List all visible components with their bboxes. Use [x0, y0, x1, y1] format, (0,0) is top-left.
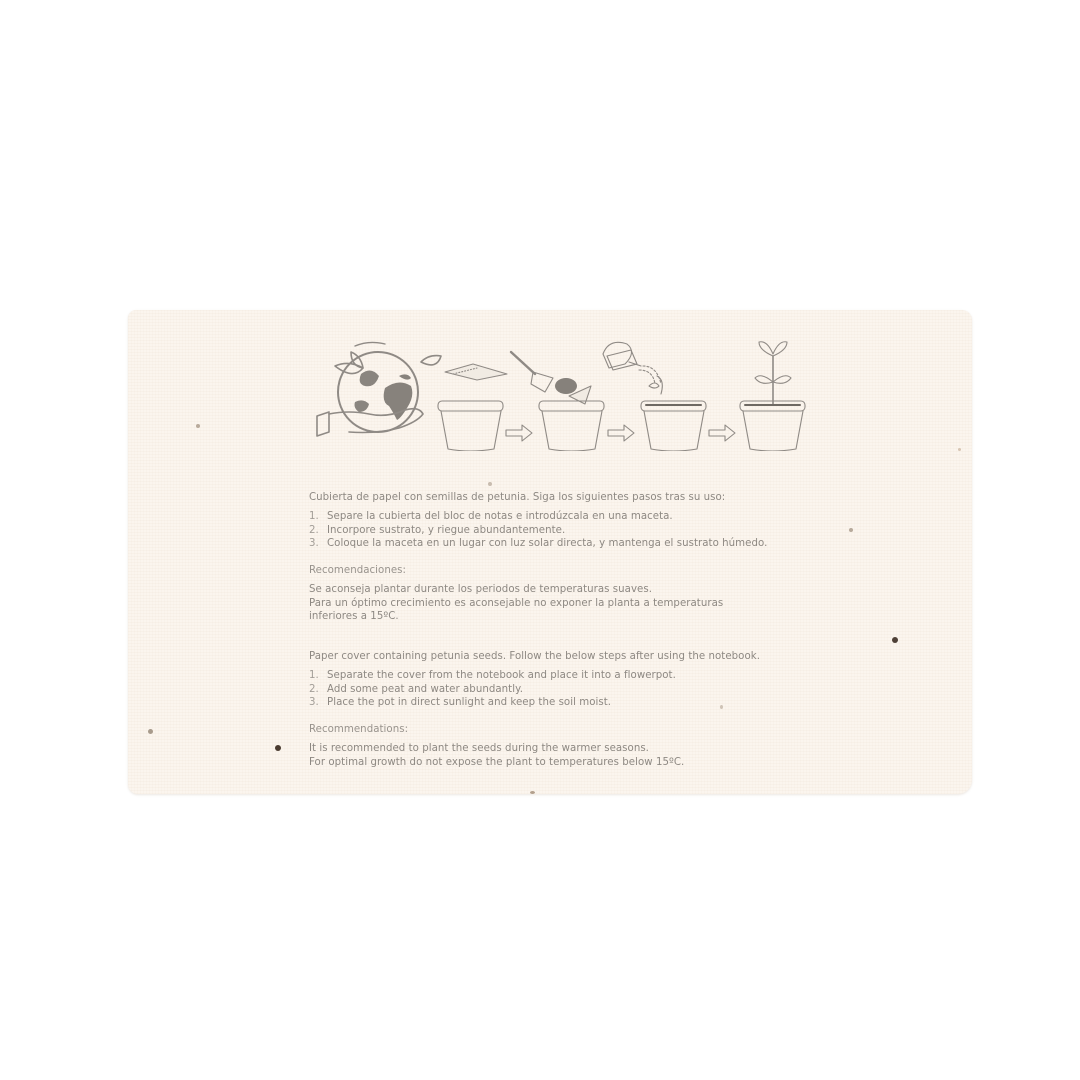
arrow-right-icon — [506, 425, 532, 441]
spanish-rec-line: Se aconseja plantar durante los periodos… — [309, 583, 723, 596]
flower-in-pot-icon — [740, 342, 805, 451]
hands-holding-earth-icon — [317, 342, 441, 436]
seed-paper-cover: Cubierta de papel con semillas de petuni… — [128, 310, 972, 794]
list-item: 1.Separe la cubierta del bloc de notas e… — [309, 510, 767, 523]
spanish-intro: Cubierta de papel con semillas de petuni… — [309, 491, 767, 504]
spanish-rec-line: Para un óptimo crecimiento es aconsejabl… — [309, 597, 723, 610]
spanish-recs-heading: Recomendaciones: — [309, 564, 723, 577]
list-item: 1.Separate the cover from the notebook a… — [309, 669, 760, 682]
spanish-steps: 1.Separe la cubierta del bloc de notas e… — [309, 510, 767, 550]
seed-speck — [196, 424, 200, 428]
spanish-rec-line: inferiores a 15ºC. — [309, 610, 723, 623]
arrow-right-icon — [709, 425, 735, 441]
arrow-right-icon — [608, 425, 634, 441]
seed-speck — [892, 637, 898, 643]
empty-pot-with-paper-icon — [438, 364, 507, 451]
english-rec-line: It is recommended to plant the seeds dur… — [309, 742, 684, 755]
english-intro: Paper cover containing petunia seeds. Fo… — [309, 650, 760, 663]
planting-steps-illustration — [313, 336, 813, 451]
english-recommendations: Recommendations: It is recommended to pl… — [309, 723, 684, 769]
seed-speck — [849, 528, 853, 532]
seed-speck — [530, 791, 535, 794]
list-item: 2.Add some peat and water abundantly. — [309, 683, 760, 696]
seed-speck — [958, 448, 961, 451]
list-item: 3.Place the pot in direct sunlight and k… — [309, 696, 760, 709]
list-item: 3.Coloque la maceta en un lugar con luz … — [309, 537, 767, 550]
english-recs-heading: Recommendations: — [309, 723, 684, 736]
english-rec-line: For optimal growth do not expose the pla… — [309, 756, 684, 769]
english-steps: 1.Separate the cover from the notebook a… — [309, 669, 760, 709]
trowel-soil-pot-icon — [511, 352, 604, 451]
list-item: 2.Incorpore sustrato, y riegue abundante… — [309, 524, 767, 537]
seed-speck — [148, 729, 153, 734]
seed-speck — [488, 482, 492, 486]
seed-speck — [275, 745, 281, 751]
spanish-recommendations: Recomendaciones: Se aconseja plantar dur… — [309, 564, 723, 624]
watering-can-pot-icon — [603, 342, 706, 451]
english-instructions: Paper cover containing petunia seeds. Fo… — [309, 650, 760, 710]
spanish-instructions: Cubierta de papel con semillas de petuni… — [309, 491, 767, 551]
